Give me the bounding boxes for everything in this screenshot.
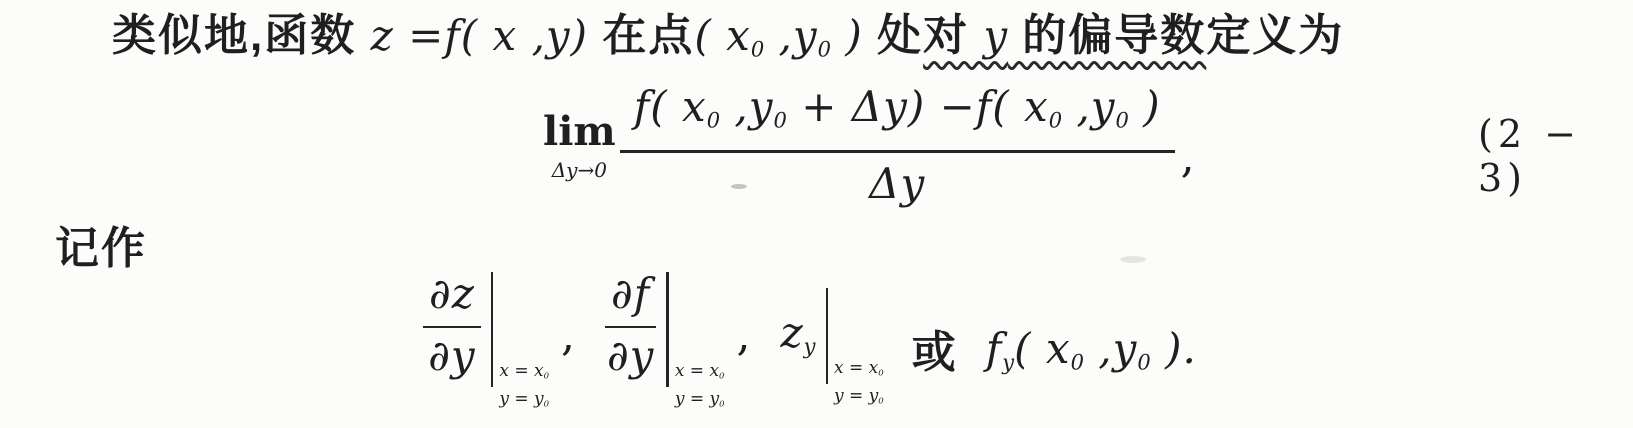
zy-term: zy x = x0 y = y0 [781,272,884,384]
chu-text: 处 [877,11,923,60]
comma-separator: , [561,310,575,361]
condition-x: x = x0 [834,354,884,382]
equation-number: (2 − 3) [1478,112,1633,200]
evaluation-bar [826,288,829,384]
lim-text: lim [543,112,616,152]
condition-y: y = y0 [834,382,884,410]
df-dy-term: ∂f ∂y x = x0 y = y0 [605,272,724,387]
paragraph-line: 类似地,函数 z =f( x ,y) 在点( x0 ,y0 ) 处对 y 的偏导… [112,10,1344,62]
function-expression: z =f( x ,y) [356,11,602,60]
dui-text: 对 [923,11,983,60]
evaluation-condition: x = x0 y = y0 [675,357,725,413]
condition-x: x = x0 [499,357,549,385]
wavy-emphasis: 对 y 的偏导数 [923,11,1206,60]
or-text: 或 [912,316,958,380]
df-dy-fraction: ∂f ∂y [605,272,656,378]
intro-text: 类似地,函数 [112,11,356,60]
condition-x: x = x0 [675,357,725,385]
y-variable: y [983,11,1008,60]
point-coordinates: ( x0 ,y0 ) [694,11,877,60]
limit-formula: lim Δy→0 f( x0 ,y0 + Δy) −f( x0 ,y0 ) Δy… [543,84,1195,207]
lim-subscript: Δy→0 [552,158,607,182]
scan-speck [731,184,747,189]
fy-expression: fy( x0 ,y0 ). [986,324,1197,373]
scan-speck [1120,256,1146,263]
evaluation-bar [491,272,494,387]
at-point-text: 在点 [602,11,694,60]
difference-quotient-fraction: f( x0 ,y0 + Δy) −f( x0 ,y0 ) Δy [620,84,1175,207]
dz-dy-term: ∂z ∂y x = x0 y = y0 [423,272,549,387]
dy-denominator: ∂y [428,328,475,378]
dz-dy-fraction: ∂z ∂y [423,272,481,378]
partial-derivative-term-text: 的偏导数 [1008,11,1206,60]
condition-y: y = y0 [499,385,549,413]
formula-comma: , [1181,132,1195,183]
dz-numerator: ∂z [423,272,481,328]
evaluation-bar [666,272,669,387]
scanned-textbook-page: 类似地,函数 z =f( x ,y) 在点( x0 ,y0 ) 处对 y 的偏导… [0,0,1633,428]
dy-denominator: ∂y [607,328,654,378]
fraction-numerator: f( x0 ,y0 + Δy) −f( x0 ,y0 ) [620,84,1175,153]
jizuo-label: 记作 [55,212,147,276]
notation-row: ∂z ∂y x = x0 y = y0 , ∂f ∂y x = x0 y = y… [423,272,1197,387]
zy-expression: zy [781,308,816,357]
evaluation-condition: x = x0 y = y0 [834,354,884,410]
evaluation-condition: x = x0 y = y0 [499,357,549,413]
limit-operator: lim Δy→0 [543,112,616,182]
defined-as-text: 定义为 [1206,11,1344,60]
comma-separator: , [737,310,751,361]
condition-y: y = y0 [675,385,725,413]
fraction-denominator: Δy [869,153,925,207]
df-numerator: ∂f [605,272,656,328]
